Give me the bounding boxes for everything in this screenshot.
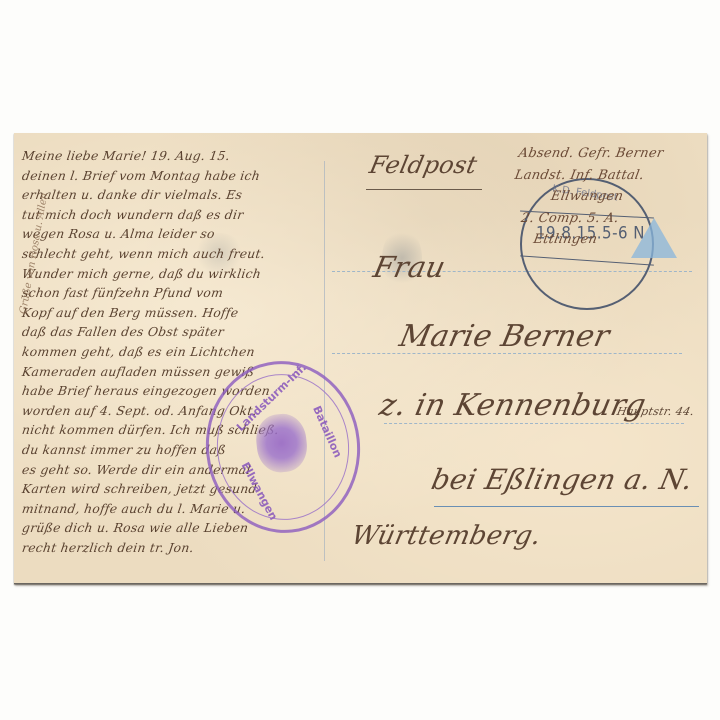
address-line	[384, 423, 684, 424]
message-line: deinen l. Brief vom Montag habe ich	[21, 167, 324, 187]
feldpost-underline	[366, 189, 482, 190]
recipient-region: Württemberg.	[349, 521, 544, 551]
sender-line: 2. Comp. 5. A.	[505, 208, 654, 230]
message-line: schon fast fünfzehn Pfund vom	[21, 284, 324, 304]
message-line: wegen Rosa u. Alma leider so	[21, 225, 324, 245]
message-line: daß das Fallen des Obst später	[21, 323, 324, 343]
sender-line: Absend. Gefr. Berner	[517, 143, 666, 165]
sender-line: Ellwangen	[509, 186, 658, 208]
sender-address: Absend. Gefr. Berner Landst. Inf. Battal…	[502, 143, 666, 251]
message-line: Wunder mich gerne, daß du wirklich	[21, 265, 324, 285]
message-line: Meine liebe Marie! 19. Aug. 15.	[21, 147, 324, 167]
message-line: tut mich doch wundern daß es dir	[21, 206, 324, 226]
recipient-town: z. in Kennenburg	[376, 388, 649, 423]
message-line: schlecht geht, wenn mich auch freut.	[21, 245, 324, 265]
feldpost-label: Feldpost	[367, 151, 480, 179]
message-line: erhalten u. danke dir vielmals. Es	[21, 186, 324, 206]
sender-line: Ettlingen	[502, 229, 651, 251]
recipient-name: Marie Berner	[396, 319, 612, 354]
near-underline	[434, 506, 699, 507]
postcard: Meine liebe Marie! 19. Aug. 15. deinen l…	[14, 133, 707, 584]
recipient-near: bei Eßlingen a. N.	[428, 463, 695, 496]
message-line: recht herzlich dein tr. Jon.	[21, 539, 324, 559]
recipient-title: Frau	[370, 250, 448, 284]
message-line: Kopf auf den Berg müssen. Hoffe	[21, 304, 324, 324]
sender-line: Landst. Inf. Battal.	[513, 165, 662, 187]
message-line: kommen geht, daß es ein Lichtchen	[21, 343, 324, 363]
recipient-street: Hauptstr. 44.	[616, 405, 696, 418]
